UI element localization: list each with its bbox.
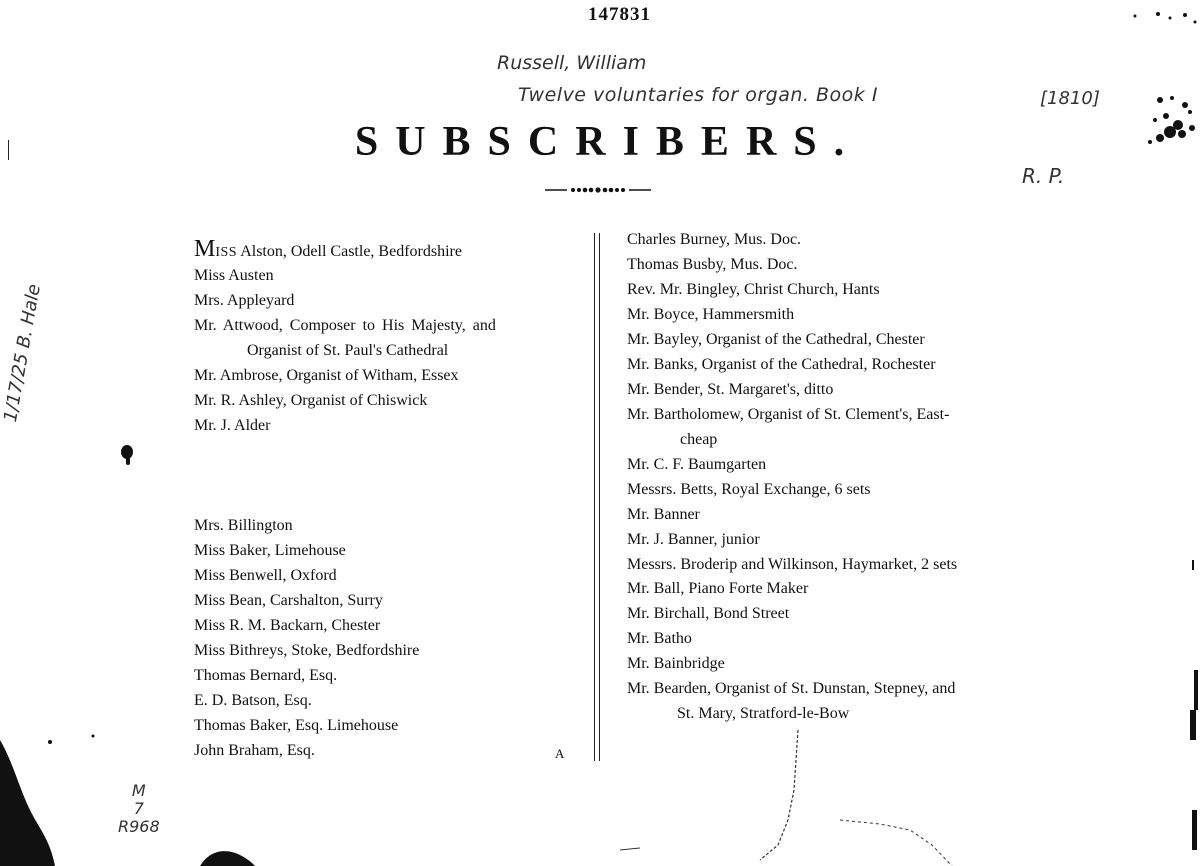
subscriber-entry: Charles Burney, Mus. Doc. [627, 231, 801, 249]
title-ornament-rule [545, 187, 651, 193]
page-title: SUBSCRIBERS. [0, 118, 1200, 166]
subscriber-entry: Thomas Busby, Mus. Doc. [627, 256, 798, 274]
subscriber-entry: Mr. Bearden, Organist of St. Dunstan, St… [627, 680, 955, 698]
subscriber-entry: Mr. Bender, St. Margaret's, ditto [627, 381, 833, 399]
handwritten-margin-note: 1/17/25 B. Hale [0, 283, 45, 424]
scan-tear-lines [560, 720, 980, 866]
subscriber-entry: Mr. Bainbridge [627, 655, 725, 673]
subscriber-entry: Mr. Banner [627, 506, 700, 524]
scan-shadow-right-edge [1180, 560, 1200, 866]
subscriber-entry: Mr. Bayley, Organist of the Cathedral, C… [627, 331, 925, 349]
subscriber-entry-continuation: cheap [680, 431, 717, 449]
subscriber-entry: Mr. Birchall, Bond Street [627, 605, 789, 623]
subscriber-entry: Mrs. Billington [194, 517, 293, 535]
handwritten-initials: R. P. [1022, 164, 1064, 188]
subscriber-entry: Miss Benwell, Oxford [194, 567, 337, 585]
handwritten-author-note: Russell, William [497, 52, 646, 74]
subscriber-entry: Mr. Banks, Organist of the Cathedral, Ro… [627, 356, 936, 374]
subscriber-entry: Messrs. Broderip and Wilkinson, Haymarke… [627, 556, 957, 574]
ink-speck [126, 457, 130, 465]
subscriber-entry: Miss Austen [194, 267, 274, 285]
scan-shadow-bottom-left [0, 700, 300, 866]
subscriber-entry: Mr. J. Banner, junior [627, 531, 760, 549]
subscriber-entry: Mr. C. F. Baumgarten [627, 456, 766, 474]
handwritten-date-note: [1810] [1040, 88, 1100, 109]
subscriber-entry: Mrs. Appleyard [194, 292, 294, 310]
subscriber-entry-continuation: Organist of St. Paul's Cathedral [247, 342, 448, 360]
subscriber-entry: Mr. Ambrose, Organist of Witham, Essex [194, 367, 459, 385]
subscriber-entry: Miss R. M. Backarn, Chester [194, 617, 380, 635]
subscriber-entry: Mr. R. Ashley, Organist of Chiswick [194, 392, 427, 410]
catalog-number: 147831 [588, 4, 651, 26]
handwritten-title-note: Twelve voluntaries for organ. Book I [518, 84, 878, 106]
left-edge-mark [8, 140, 9, 160]
dropcap-letter: M [194, 236, 215, 262]
subscriber-entry: Rev. Mr. Bingley, Christ Church, Hants [627, 281, 880, 299]
scan-shadow-top-right [1100, 0, 1200, 240]
subscriber-entry: Miss Bean, Carshalton, Surry [194, 592, 383, 610]
subscriber-entry: Mr. Batho [627, 630, 692, 648]
subscriber-entry: Thomas Bernard, Esq. [194, 667, 337, 685]
subscriber-entry: Mr. Attwood, Composer to His Majesty, an… [194, 317, 496, 335]
subscriber-entry: Mr. J. Alder [194, 417, 270, 435]
subscriber-entry: MISS Alston, Odell Castle, Bedfordshire [194, 241, 462, 261]
subscriber-entry: Miss Baker, Limehouse [194, 542, 346, 560]
subscriber-entry: Miss Bithreys, Stoke, Bedfordshire [194, 642, 419, 660]
subscriber-entry: Mr. Ball, Piano Forte Maker [627, 580, 808, 598]
subscriber-entry: Mr. Boyce, Hammersmith [627, 306, 794, 324]
subscriber-entry: Messrs. Betts, Royal Exchange, 6 sets [627, 481, 871, 499]
subscriber-entry: Mr. Bartholomew, Organist of St. Clement… [627, 406, 949, 424]
column-divider [594, 233, 600, 761]
